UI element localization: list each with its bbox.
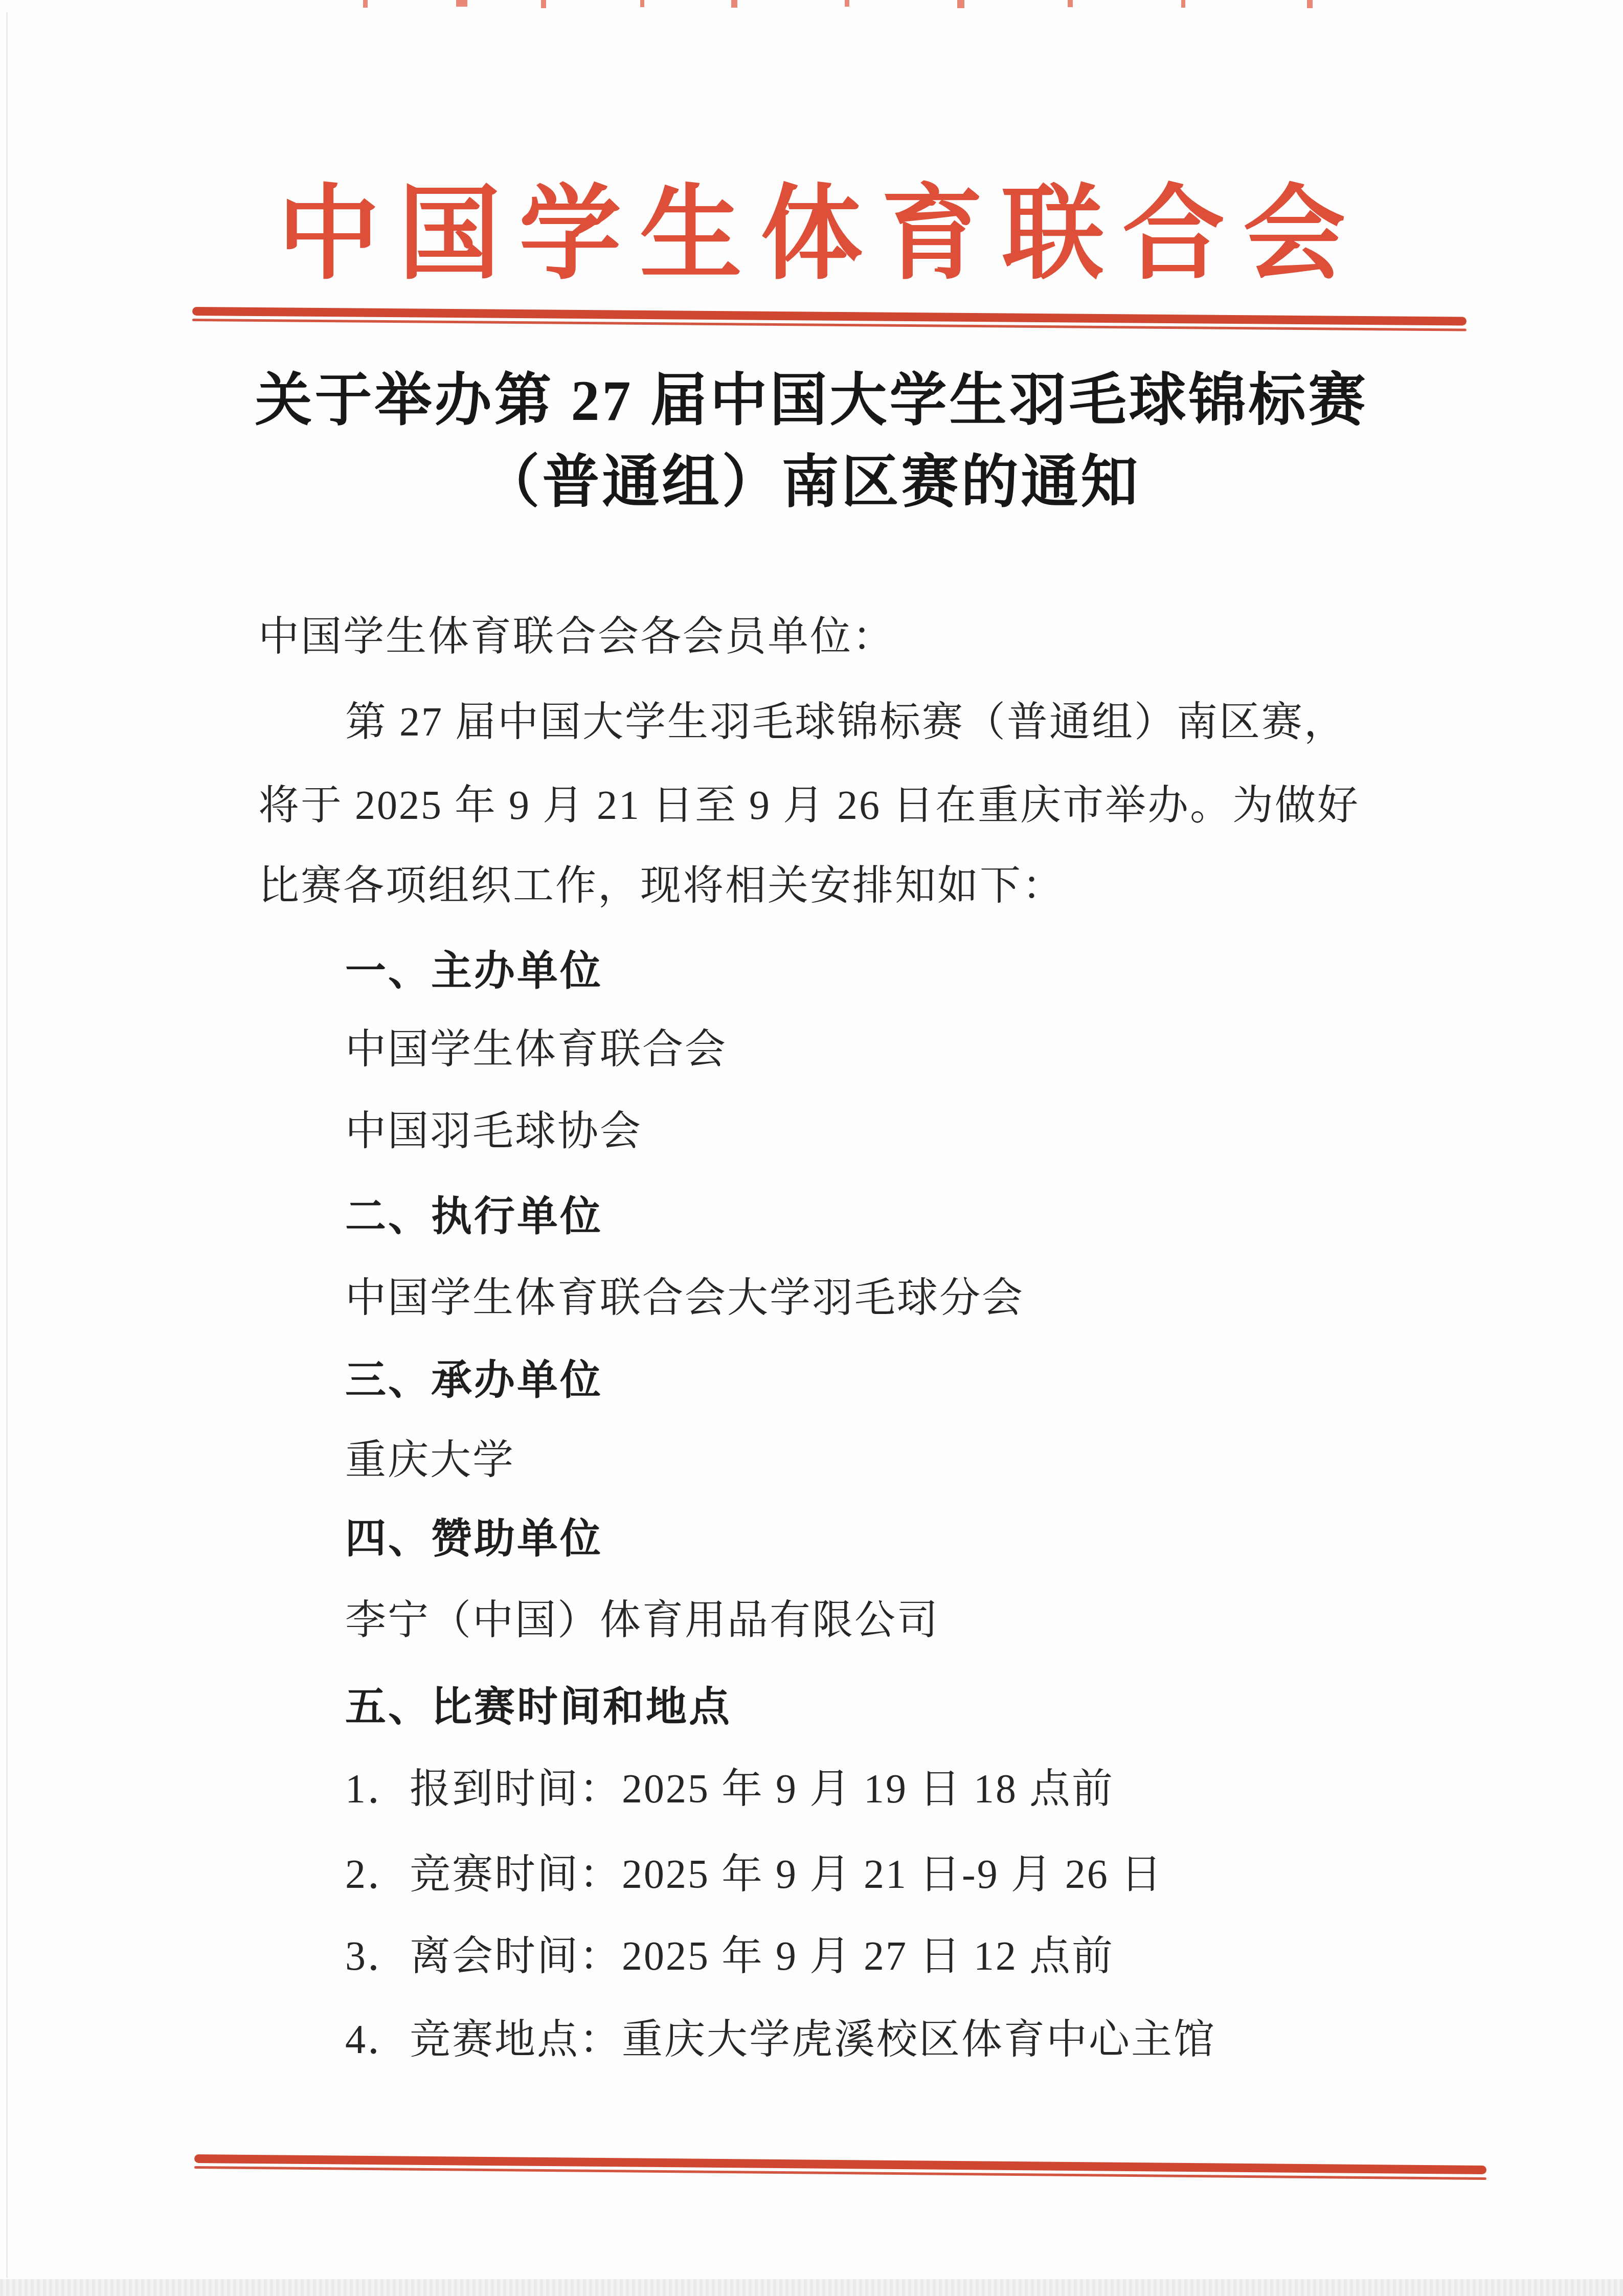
scan-artifact <box>640 0 644 7</box>
section-line: 重庆大学 <box>345 1440 515 1481</box>
header-rule-thick-line <box>192 307 1467 326</box>
section-line: 李宁（中国）体育用品有限公司 <box>345 1600 939 1641</box>
scan-artifact <box>1307 0 1313 8</box>
section-heading-hosts: 一、主办单位 <box>345 950 603 991</box>
scan-band-bottom <box>0 2279 1623 2296</box>
intro-line: 将于 2025 年 9 月 21 日至 9 月 26 日在重庆市举办。为做好 <box>258 785 1360 826</box>
scan-artifact <box>845 0 849 7</box>
intro-line: 第 27 届中国大学生羽毛球锦标赛（普通组）南区赛， <box>345 702 1346 743</box>
section-line: 中国学生体育联合会 <box>345 1029 727 1070</box>
letterhead-title: 中国学生体育联合会 <box>0 184 1623 286</box>
salutation: 中国学生体育联合会各会员单位： <box>258 616 895 657</box>
scan-artifact <box>363 0 368 8</box>
section-heading-time-place: 五、比赛时间和地点 <box>345 1686 732 1727</box>
list-item-checkin-time: 1．报到时间：2025 年 9 月 19 日 18 点前 <box>345 1769 1114 1810</box>
intro-line: 比赛各项组织工作，现将相关安排知如下： <box>258 865 1065 906</box>
scanned-notice-page: 中国学生体育联合会 关于举办第 27 届中国大学生羽毛球锦标赛 （普通组）南区赛… <box>0 0 1623 2296</box>
header-double-rule <box>192 307 1467 331</box>
list-item-departure-time: 3．离会时间：2025 年 9 月 27 日 12 点前 <box>345 1936 1114 1977</box>
footer-double-rule <box>194 2154 1486 2180</box>
section-heading-sponsor: 四、赞助单位 <box>345 1518 603 1559</box>
list-item-competition-venue: 4．竞赛地点：重庆大学虎溪校区体育中心主馆 <box>345 2019 1216 2060</box>
section-line: 中国学生体育联合会大学羽毛球分会 <box>345 1278 1024 1319</box>
list-item-competition-time: 2．竞赛时间：2025 年 9 月 21 日-9 月 26 日 <box>345 1854 1163 1895</box>
section-heading-organizer: 三、承办单位 <box>345 1359 603 1400</box>
scan-artifact <box>1181 0 1185 8</box>
scan-edge-left <box>6 12 8 2278</box>
scan-artifact <box>541 0 546 8</box>
scan-artifact <box>731 0 737 8</box>
document-title-line1: 关于举办第 27 届中国大学生羽毛球锦标赛 <box>0 372 1623 430</box>
section-heading-executor: 二、执行单位 <box>345 1196 603 1237</box>
section-line: 中国羽毛球协会 <box>345 1111 642 1152</box>
scan-artifact <box>957 0 964 8</box>
document-title-line2: （普通组）南区赛的通知 <box>0 454 1623 511</box>
scan-artifact <box>456 0 467 7</box>
scan-artifact <box>1068 0 1073 7</box>
